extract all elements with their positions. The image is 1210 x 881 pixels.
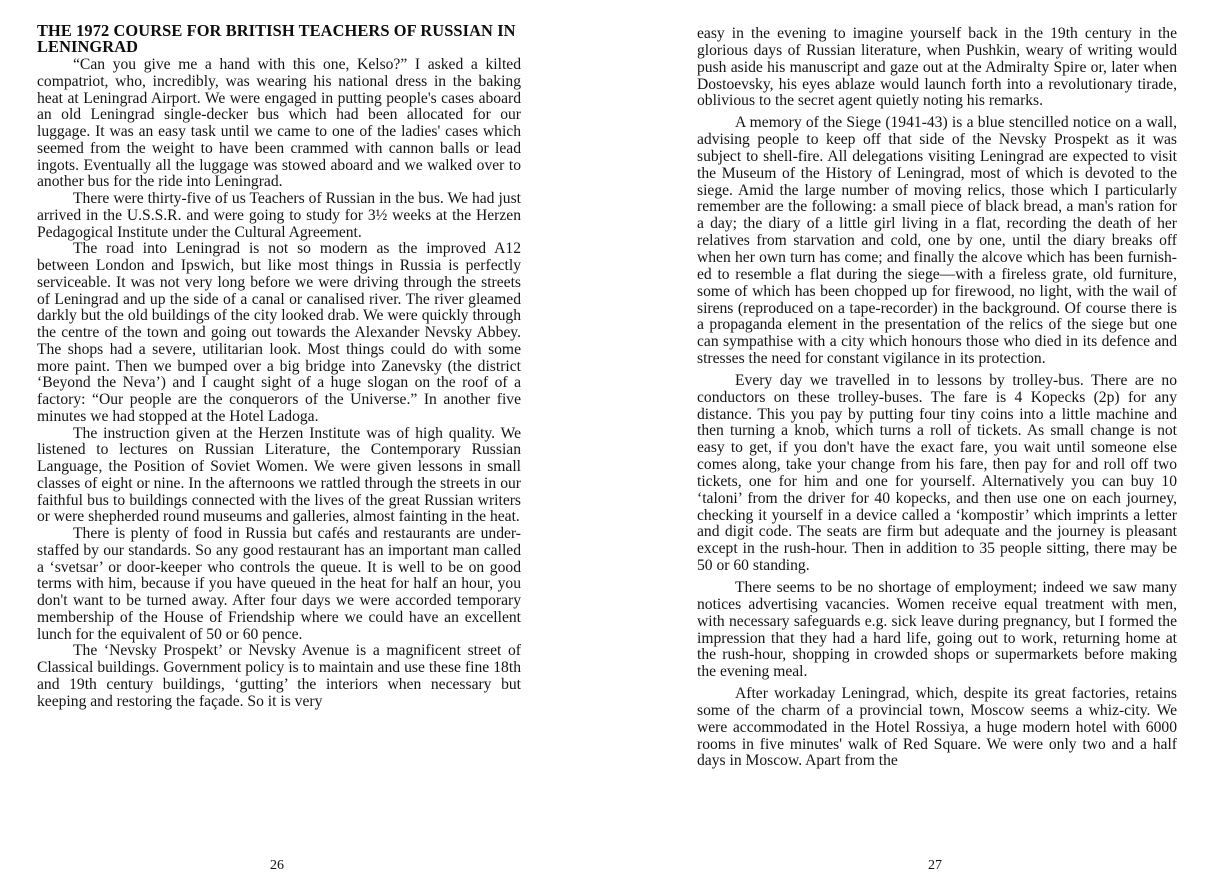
paragraph: There is plenty of food in Russia but ca… (37, 526, 521, 643)
paragraph: The instruction given at the Herzen Inst… (37, 426, 521, 527)
left-page-body: “Can you give me a hand with this one, K… (37, 57, 521, 710)
paragraph: “Can you give me a hand with this one, K… (37, 57, 521, 191)
paragraph: There were thirty-five of us Teachers of… (37, 191, 521, 241)
left-page: THE 1972 COURSE FOR BRITISH TEACHERS OF … (37, 0, 521, 881)
paragraph: The road into Leningrad is not so modern… (37, 241, 521, 425)
paragraph: Every day we travelled in to lessons by … (697, 373, 1177, 575)
page-number: 27 (695, 858, 1175, 874)
right-page: easy in the evening to imagine yourself … (697, 0, 1177, 881)
paragraph: There seems to be no shortage of employm… (697, 580, 1177, 681)
paragraph: easy in the evening to imagine yourself … (697, 26, 1177, 110)
right-page-body: easy in the evening to imagine yourself … (697, 26, 1177, 775)
paragraph: The ‘Nevsky Prospekt’ or Nevsky Avenue i… (37, 643, 521, 710)
paragraph: A memory of the Siege (1941-43) is a blu… (697, 115, 1177, 368)
article-title: THE 1972 COURSE FOR BRITISH TEACHERS OF … (37, 23, 521, 55)
paragraph: After workaday Leningrad, which, despite… (697, 686, 1177, 770)
page-number: 26 (35, 858, 519, 874)
